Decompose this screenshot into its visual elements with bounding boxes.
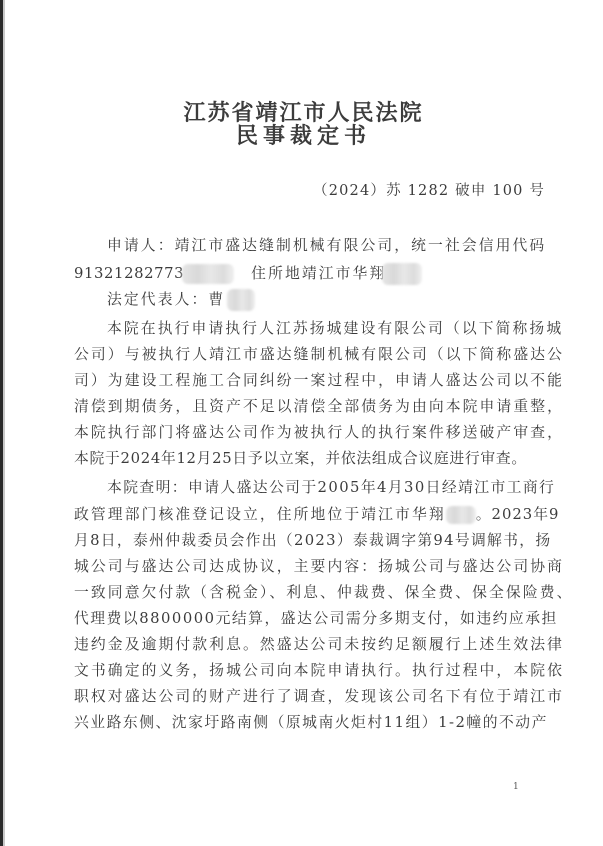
credit-code: 91321282773 bbox=[74, 265, 184, 282]
page-number: 1 bbox=[513, 782, 519, 792]
redaction-blur bbox=[382, 263, 422, 285]
applicant-label: 申请人： bbox=[107, 237, 175, 254]
body-line: 职权对盛达公司的财产进行了调查，发现该公司名下有位于靖江市 bbox=[74, 687, 564, 707]
body-text: 。2023年9 bbox=[476, 506, 560, 523]
redaction-blur bbox=[182, 264, 234, 284]
redaction-blur bbox=[446, 506, 476, 524]
body-line: 本院在执行申请执行人江苏扬城建设有限公司（以下简称扬城 bbox=[107, 319, 563, 339]
body-line: 违约金及逾期付款利息。然盛达公司未按约足额履行上述生效法律 bbox=[74, 635, 564, 655]
body-line-with-redaction: 政管理部门核准登记设立，住所地位于靖江市华翔。2023年9 bbox=[74, 505, 559, 525]
body-line: 本院执行部门将盛达公司作为被执行人的执行案件移送破产审查， bbox=[74, 423, 564, 443]
applicant-line: 申请人：靖江市盛达缝制机械有限公司，统一社会信用代码 bbox=[107, 236, 546, 256]
case-number: （2024）苏 1282 破申 100 号 bbox=[313, 179, 545, 200]
body-line: 文书确定的义务，扬城公司向本院申请执行。执行过程中，本院依 bbox=[74, 661, 564, 681]
body-line: 本院于2024年12月25日予以立案，并依法组成合议庭进行审查。 bbox=[74, 449, 527, 469]
legal-rep-name: 曹 bbox=[208, 291, 225, 308]
body-line: 月8日，泰州仲裁委员会作出（2023）泰裁调字第94号调解书，扬 bbox=[74, 531, 551, 551]
body-line: 兴业路东侧、沈家圩路南侧（原城南火炬村11组）1-2幢的不动产 bbox=[74, 713, 548, 733]
legal-rep-label: 法定代表人： bbox=[107, 291, 208, 308]
applicant-name: 靖江市盛达缝制机械有限公司，统一社会信用代码 bbox=[175, 237, 547, 254]
body-line: 司）为建设工程施工合同纠纷一案过程中，申请人盛达公司以不能 bbox=[74, 371, 564, 391]
address-label: 住所地靖江市华翔 bbox=[251, 265, 386, 282]
body-line: 一致同意欠付款（含税金）、利息、仲裁费、保全费、保全保险费、 bbox=[74, 583, 574, 603]
body-line: 清偿到期债务，且资产不足以清偿全部债务为由向本院申请重整， bbox=[74, 397, 564, 417]
redaction-blur bbox=[227, 289, 255, 311]
credit-code-line: 91321282773住所地靖江市华翔 bbox=[74, 263, 422, 285]
body-line: 公司）与被执行人靖江市盛达缝制机械有限公司（以下简称盛达公 bbox=[74, 345, 564, 365]
body-line: 代理费以8800000元结算，盛达公司需分多期支付，如违约应承担 bbox=[74, 609, 558, 629]
body-line: 本院查明：申请人盛达公司于2005年4月30日经靖江市工商行 bbox=[107, 478, 555, 498]
body-line: 城公司与盛达公司达成协议，主要内容：扬城公司与盛达公司协商 bbox=[74, 557, 564, 577]
body-text: 政管理部门核准登记设立，住所地位于靖江市华翔 bbox=[74, 506, 446, 523]
legal-rep-line: 法定代表人：曹 bbox=[107, 289, 255, 311]
document-type-heading: 民事裁定书 bbox=[2, 124, 603, 150]
